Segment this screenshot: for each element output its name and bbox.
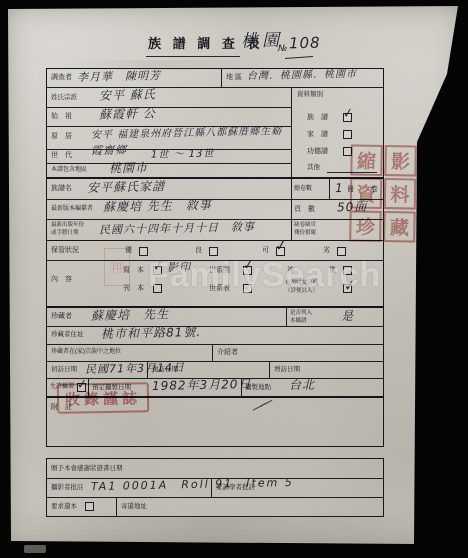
number-underline xyxy=(285,56,313,59)
condition-excellent-checkbox xyxy=(139,247,148,256)
listed-label-2: 本攝譜 xyxy=(290,318,307,324)
divider xyxy=(291,179,292,240)
pub-date-label-1: 最新出版年份 xyxy=(51,222,84,228)
film-edge-speck xyxy=(24,545,46,553)
pen-mark xyxy=(260,400,273,407)
section-identification: 調查者 李月華 陳明芳 地 區 台灣．桃園縣．桃園市 姓氏宗派 安平 蘇氏 始 … xyxy=(46,68,384,178)
document-number: 108 xyxy=(289,36,321,52)
filming-place-label: 攝製地點 xyxy=(245,384,271,391)
generations-scribble: 霞齋鄉 xyxy=(91,145,127,157)
condition-good-label: 良 xyxy=(195,247,202,255)
filming-place-value: 台北 xyxy=(289,379,315,392)
divider xyxy=(47,344,383,345)
faint-red-seal-stamp: ㊞ xyxy=(104,248,130,286)
founder-label: 始 祖 xyxy=(51,113,72,121)
introducer-label: 介紹者 xyxy=(217,349,238,357)
region-handwriting: 桃園 xyxy=(241,33,283,51)
section-processing: 贈予本會感謝狀證書日期 攝影者批註 TA1 0001A Roll 91 Item… xyxy=(46,458,384,517)
content-label: 內 容 xyxy=(51,276,72,284)
condition-fair-checkmark: ✓ xyxy=(275,237,288,255)
divider xyxy=(212,344,213,361)
type-jiapu-checkbox xyxy=(343,130,352,139)
area-label: 地 區 xyxy=(226,74,242,82)
second-visit-label: 複訪日期 xyxy=(152,366,178,373)
pages-label: 頁 數 xyxy=(294,206,315,214)
editor-value: 蘇慶培 先生 敘事 xyxy=(103,199,212,213)
divider xyxy=(47,107,291,108)
origin-value: 安平 福建泉州府晉江縣八都蘇厝鄉生谿 xyxy=(91,127,282,141)
photographer-note-value: TA1 0001A Roll 91 Item 5 xyxy=(91,477,294,492)
origin-label: 原 居 xyxy=(51,133,72,141)
divider xyxy=(211,478,212,497)
holder-address-label: 珍藏者住址 xyxy=(51,331,84,338)
surveyor-label: 調查者 xyxy=(51,74,72,82)
condition-good-checkbox xyxy=(209,247,218,256)
divider xyxy=(47,163,291,164)
return-address-label: 寄還地址 xyxy=(121,503,147,510)
red-receipt-stamp: 收錄謹誌 xyxy=(57,382,150,414)
divider xyxy=(286,308,287,326)
material-type-header: 資料類別 xyxy=(297,91,323,98)
first-visit-label: 初訪日期 xyxy=(51,366,77,373)
paper-stain xyxy=(60,60,260,70)
red-archive-seal-stamp: 縮 影 資 料 珍 藏 xyxy=(349,144,417,242)
holder-label: 珍藏者 xyxy=(51,313,72,321)
type-gongdepu-label: 功德譜 xyxy=(307,148,328,156)
type-zupu-checkmark: ✓ xyxy=(343,106,354,120)
section-book-info: 族譜名 安平蘇氏家譜 總卷數 1 冊 卷 最新版本編纂者 蘇慶培 先生 敘事 頁… xyxy=(46,178,384,241)
type-other-label: 其他 xyxy=(307,164,320,171)
missing-label-1: 缺卷缺頁 xyxy=(294,222,316,228)
divider xyxy=(269,361,270,378)
editor-label: 最新版本編纂者 xyxy=(51,206,93,213)
area-value: 台灣．桃園縣．桃園市 xyxy=(247,70,357,82)
genealogist-note-label: 家譜學者批註 xyxy=(216,484,255,491)
seal-character: 料 xyxy=(384,178,417,210)
condition-label: 保管狀況 xyxy=(51,247,79,255)
volumes-value: 1 xyxy=(335,182,344,194)
divider xyxy=(47,219,383,220)
type-jiapu-label: 家 譜 xyxy=(307,131,328,139)
seal-character: 縮 xyxy=(350,144,383,176)
number-prefix: № xyxy=(278,45,289,54)
missing-label-2: 殘份損壞 xyxy=(294,230,316,236)
clan-label: 姓氏宗派 xyxy=(51,94,77,101)
photographer-note-label: 攝影者批註 xyxy=(51,484,84,491)
book-name-label: 族譜名 xyxy=(51,185,72,193)
holder-position-label: 珍藏者在(家)宗族中之地位 xyxy=(51,349,121,356)
divider xyxy=(241,378,242,396)
founder-value: 蘇霞軒 公 xyxy=(99,107,156,120)
scope-value: 桃園市 xyxy=(109,162,148,175)
microfilm-frame: 族 譜 調 查 表 桃園 № 108 調查者 李月華 陳明芳 地 區 台灣．桃園… xyxy=(0,0,468,558)
seal-character: 資 xyxy=(350,177,383,209)
volumes-label: 總卷數 xyxy=(294,186,312,193)
thanks-cert-label: 贈予本會感謝狀證書日期 xyxy=(51,465,123,472)
seal-character: 影 xyxy=(384,145,417,177)
paper-stain xyxy=(12,516,412,542)
pub-date-value: 民國六十四年十月十日 敘事 xyxy=(99,221,255,235)
scope-label: 本譜包含地區 xyxy=(51,167,87,174)
filming-date-value: 1982年3月20日 xyxy=(152,378,252,392)
clan-value: 安平 蘇氏 xyxy=(99,88,156,101)
return-request-checkbox xyxy=(85,502,94,511)
divider xyxy=(47,87,383,88)
condition-fair-label: 可 xyxy=(262,247,269,255)
familysearch-watermark: FamilySearch xyxy=(148,256,381,295)
divider xyxy=(329,179,330,199)
pub-date-label-2: 或手謄日期 xyxy=(51,230,79,236)
seal-character: 藏 xyxy=(383,211,416,243)
divider xyxy=(47,199,383,200)
followup-visit-label: 增訪日期 xyxy=(274,366,300,373)
content-printed-label: 刊 本 xyxy=(123,285,144,293)
listed-value: 是 xyxy=(341,310,354,322)
divider xyxy=(47,497,383,498)
holder-address-value: 桃市和平路81號. xyxy=(101,326,201,340)
generations-value: 1世 ～ 13世 xyxy=(151,149,215,160)
condition-poor-label: 劣 xyxy=(323,247,330,255)
title-underline xyxy=(146,56,240,57)
divider xyxy=(47,326,383,327)
holder-value: 蘇慶培 先生 xyxy=(91,308,169,322)
seal-character: 珍 xyxy=(349,210,382,242)
divider xyxy=(147,361,148,378)
type-zupu-label: 族 譜 xyxy=(307,114,328,122)
condition-poor-checkbox xyxy=(337,247,346,256)
divider xyxy=(221,69,222,87)
listed-label-1: 是否列入 xyxy=(290,310,312,316)
generations-label: 世 代 xyxy=(51,152,72,160)
form-paper: 族 譜 調 查 表 桃園 № 108 調查者 李月華 陳明芳 地 區 台灣．桃園… xyxy=(0,0,468,558)
book-name-value: 安平蘇氏家譜 xyxy=(87,180,165,194)
return-request-label: 要求還本 xyxy=(51,503,77,510)
divider xyxy=(116,497,117,516)
surveyor-value: 李月華 陳明芳 xyxy=(77,70,161,83)
divider xyxy=(291,87,292,177)
